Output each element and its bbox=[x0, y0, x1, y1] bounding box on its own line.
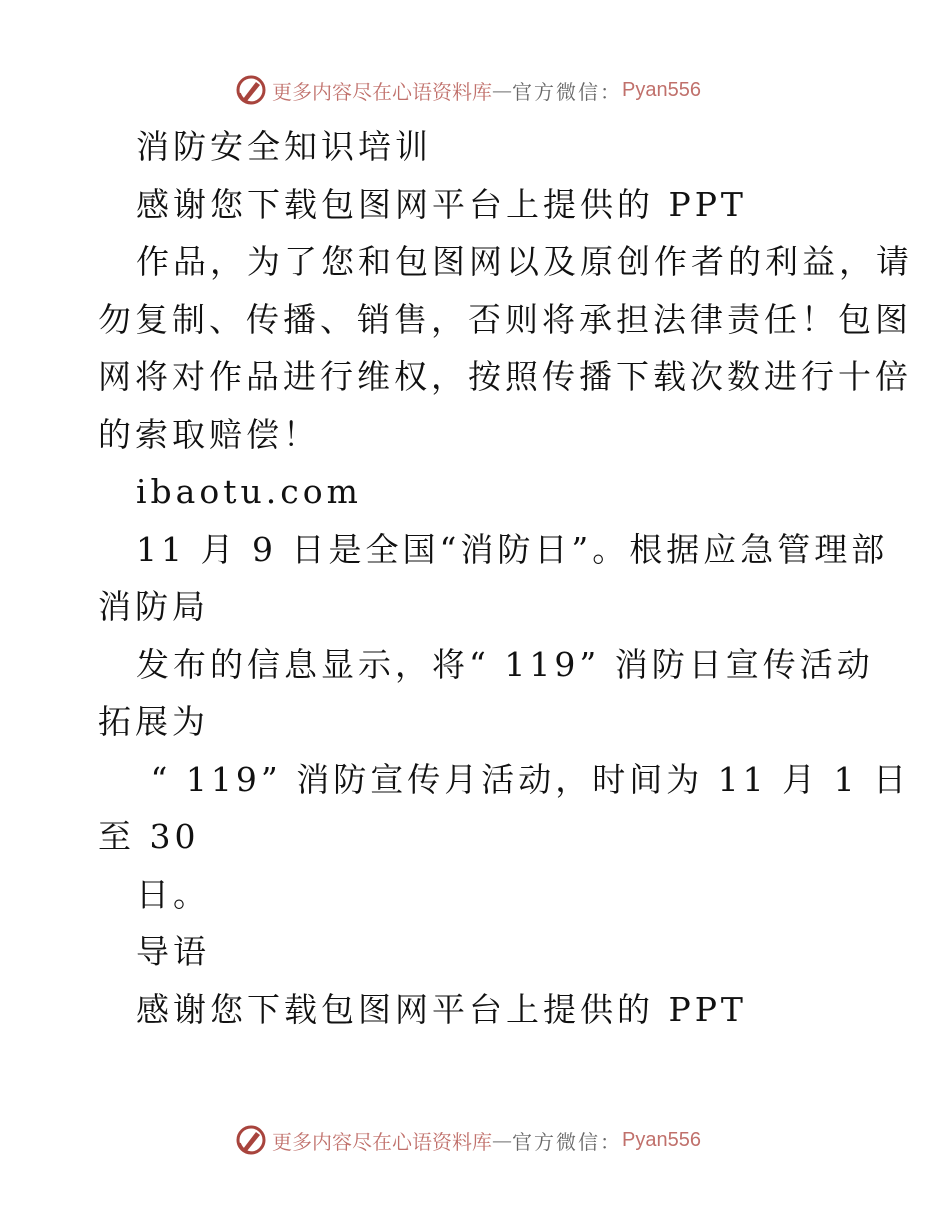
doc-line: 11 月 9 日是全国“消防日”。根据应急管理部 bbox=[98, 521, 858, 579]
doc-line: 日。 bbox=[98, 866, 858, 924]
doc-line: 网将对作品进行维权，按照传播下载次数进行十倍 bbox=[98, 348, 858, 406]
doc-heading: 导语 bbox=[98, 923, 858, 981]
document-body: 消防安全知识培训 感谢您下载包图网平台上提供的 PPT 作品，为了您和包图网以及… bbox=[98, 118, 858, 1038]
pen-nib-logo-icon bbox=[234, 1123, 268, 1157]
doc-line: 消防局 bbox=[98, 578, 858, 636]
watermark-wechat-label: 官方微信： bbox=[512, 76, 622, 105]
pen-nib-logo-icon bbox=[234, 73, 268, 107]
doc-line: 的索取赔偿！ bbox=[98, 406, 858, 464]
doc-line: 感谢您下载包图网平台上提供的 PPT bbox=[98, 176, 858, 234]
doc-line: 拓展为 bbox=[98, 693, 858, 751]
watermark-wechat-id: Pyan556 bbox=[622, 1129, 701, 1152]
watermark-dash: — bbox=[492, 1128, 512, 1152]
watermark-site-text: 更多内容尽在心语资料库 bbox=[272, 76, 492, 105]
doc-line: 至 30 bbox=[98, 808, 858, 866]
doc-line: 感谢您下载包图网平台上提供的 PPT bbox=[98, 981, 858, 1039]
doc-line: “ 119” 消防宣传月活动，时间为 11 月 1 日 bbox=[98, 751, 858, 809]
watermark-site-text: 更多内容尽在心语资料库 bbox=[272, 1126, 492, 1155]
watermark-wechat-id: Pyan556 bbox=[622, 79, 701, 102]
footer-watermark: 更多内容尽在心语资料库 — 官方微信： Pyan556 bbox=[234, 1122, 701, 1158]
header-watermark: 更多内容尽在心语资料库 — 官方微信： Pyan556 bbox=[234, 72, 701, 108]
doc-line: 发布的信息显示，将“ 119” 消防日宣传活动 bbox=[98, 636, 858, 694]
doc-line: ibaotu.com bbox=[98, 463, 858, 521]
watermark-wechat-label: 官方微信： bbox=[512, 1126, 622, 1155]
doc-line: 勿复制、传播、销售，否则将承担法律责任！包图 bbox=[98, 291, 858, 349]
doc-line: 作品，为了您和包图网以及原创作者的利益，请 bbox=[98, 233, 858, 291]
watermark-dash: — bbox=[492, 78, 512, 102]
doc-title: 消防安全知识培训 bbox=[98, 118, 858, 176]
